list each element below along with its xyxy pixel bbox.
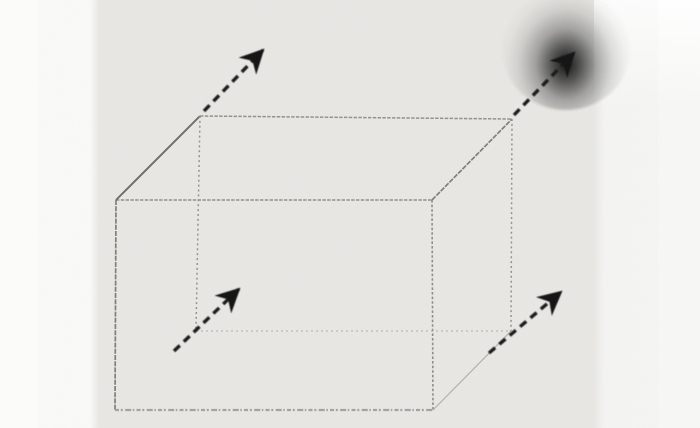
paper-grain-overlay <box>90 0 606 428</box>
scanned-diagram-page <box>0 0 700 428</box>
box-with-force-arrows-figure <box>0 0 700 428</box>
